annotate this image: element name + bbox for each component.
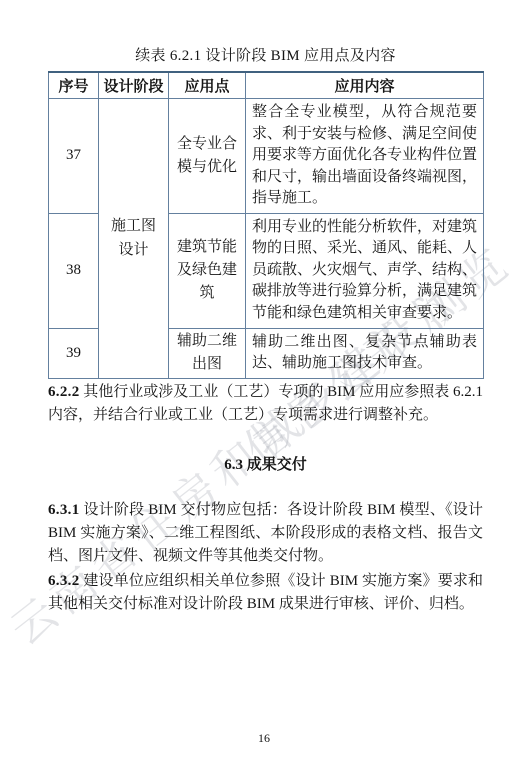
clause-label: 6.2.2 [48, 384, 80, 400]
column-header-application-point: 应用点 [169, 72, 246, 99]
table-row-37: 37 施工图设计 全专业合模与优化 整合全专业模型，从符合规范要求、利于安装与检… [49, 99, 484, 214]
page-content: 续表 6.2.1 设计阶段 BIM 应用点及内容 序号 设计阶段 应用点 应用内… [48, 0, 483, 616]
clause-label: 6.3.1 [48, 502, 80, 518]
clause-6-3-1: 6.3.1 设计阶段 BIM 交付物应包括：各设计阶段 BIM 模型、《设计 B… [48, 499, 483, 568]
cell-application-point: 全专业合模与优化 [169, 99, 246, 214]
page-number: 16 [0, 731, 528, 746]
cell-number: 38 [49, 213, 99, 328]
cell-application-content: 利用专业的性能分析软件，对建筑物的日照、采光、通风、能耗、人员疏散、火灾烟气、声… [246, 213, 484, 328]
column-header-number: 序号 [49, 72, 99, 99]
clause-6-3-2: 6.3.2 建设单位应组织相关单位参照《设计 BIM 实施方案》要求和其他相关交… [48, 570, 483, 616]
table-title: 续表 6.2.1 设计阶段 BIM 应用点及内容 [48, 44, 483, 65]
clause-text: 建设单位应组织相关单位参照《设计 BIM 实施方案》要求和其他相关交付标准对设计… [48, 573, 483, 612]
section-heading-6-3: 6.3 成果交付 [48, 453, 483, 474]
clause-text: 其他行业或涉及工业（工艺）专项的 BIM 应用应参照表 6.2.1 内容，并结合… [48, 384, 483, 423]
cell-application-point: 辅助二维出图 [169, 328, 246, 378]
cell-application-content: 辅助二维出图、复杂节点辅助表达、辅助施工图技术审查。 [246, 328, 484, 378]
table-header-row: 序号 设计阶段 应用点 应用内容 [49, 72, 484, 99]
bim-application-table: 序号 设计阶段 应用点 应用内容 37 施工图设计 全专业合模与优化 整合全专业… [48, 71, 484, 379]
column-header-design-stage: 设计阶段 [99, 72, 169, 99]
clause-6-2-2: 6.2.2 其他行业或涉及工业（工艺）专项的 BIM 应用应参照表 6.2.1 … [48, 381, 483, 427]
column-header-application-content: 应用内容 [246, 72, 484, 99]
cell-number: 37 [49, 99, 99, 214]
document-page: 云南省住房和城乡建设厅 信息公开 浏览 续表 6.2.1 设计阶段 BIM 应用… [0, 0, 528, 767]
clause-label: 6.3.2 [48, 573, 80, 589]
clause-text: 设计阶段 BIM 交付物应包括：各设计阶段 BIM 模型、《设计 BIM 实施方… [48, 502, 483, 564]
cell-application-content: 整合全专业模型，从符合规范要求、利于安装与检修、满足空间使用要求等方面优化各专业… [246, 99, 484, 214]
cell-design-stage: 施工图设计 [99, 99, 169, 379]
cell-number: 39 [49, 328, 99, 378]
cell-application-point: 建筑节能及绿色建筑 [169, 213, 246, 328]
